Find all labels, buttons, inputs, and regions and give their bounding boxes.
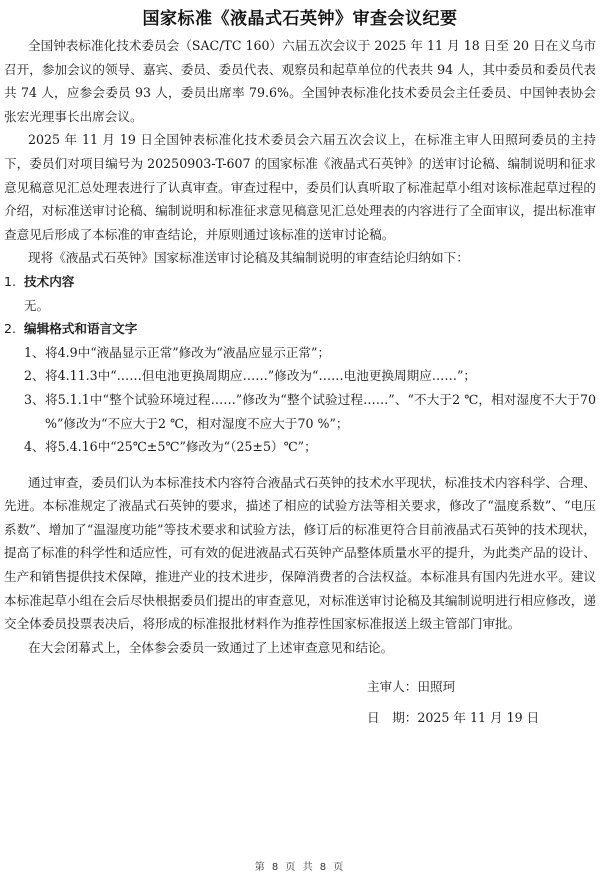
list-item-number: 4、 <box>24 435 45 459</box>
document-title: 国家标准《液晶式石英钟》审查会议纪要 <box>0 4 600 29</box>
list-item: 3、 将5.1.1中“整个试验环境过程……”修改为“整个试验过程……”、“不大于… <box>4 388 596 435</box>
reviewer-name: 田照珂 <box>417 679 455 694</box>
section-heading: 编辑格式和语言文字 <box>24 317 137 341</box>
list-item-number: 2、 <box>24 364 45 388</box>
list-item: 1、 将4.9中“液晶显示正常”修改为“液晶应显示正常”； <box>4 341 596 365</box>
intro-paragraph-2: 2025 年 11 月 19 日全国钟表标准化技术委员会六届五次会议上，在标准主… <box>4 128 596 246</box>
list-item-text: 将4.11.3中“……但电池更换周期应……”修改为“……电池更换周期应……”； <box>45 364 596 388</box>
document-body: 全国钟表标准化技术委员会（SAC/TC 160）六届五次会议于 2025 年 1… <box>4 34 596 659</box>
section-number: 1. <box>4 270 24 294</box>
list-item: 4、 将5.4.16中“25℃±5℃”修改为“（25±5）℃”； <box>4 435 596 459</box>
date-label: 日 期： <box>367 710 417 725</box>
section-heading: 技术内容 <box>24 270 74 294</box>
conclusion-paragraph-1: 通过审查，委员们认为本标准技术内容符合液晶式石英钟的技术水平现状，标准技术内容科… <box>4 471 596 636</box>
section-technical-content-heading: 1. 技术内容 <box>4 270 596 294</box>
list-item-text: 将5.1.1中“整个试验环境过程……”修改为“整个试验过程……”、“不大于2 ℃… <box>45 388 596 435</box>
intro-paragraph-1: 全国钟表标准化技术委员会（SAC/TC 160）六届五次会议于 2025 年 1… <box>4 34 596 128</box>
section-editorial-heading: 2. 编辑格式和语言文字 <box>4 317 596 341</box>
list-item-number: 3、 <box>24 388 45 435</box>
page-number-footer: 第 8 页 共 8 页 <box>0 858 600 873</box>
reviewer-label: 主审人： <box>367 679 417 694</box>
conclusion-paragraph-2: 在大会闭幕式上，全体参会委员一致通过了上述审查意见和结论。 <box>4 636 596 660</box>
date-value: 2025 年 11 月 19 日 <box>417 710 539 725</box>
review-date: 日 期：2025 年 11 月 19 日 <box>367 707 539 726</box>
list-item-text: 将5.4.16中“25℃±5℃”修改为“（25±5）℃”； <box>45 435 596 459</box>
reviewer-signature: 主审人：田照珂 <box>367 676 455 695</box>
list-item-text: 将4.9中“液晶显示正常”修改为“液晶应显示正常”； <box>45 341 596 365</box>
list-item: 2、 将4.11.3中“……但电池更换周期应……”修改为“……电池更换周期应……… <box>4 364 596 388</box>
list-item-number: 1、 <box>24 341 45 365</box>
section-number: 2. <box>4 317 24 341</box>
intro-paragraph-3: 现将《液晶式石英钟》国家标准送审讨论稿及其编制说明的审查结论归纳如下： <box>4 246 596 270</box>
section-technical-content-body: 无。 <box>4 294 596 318</box>
